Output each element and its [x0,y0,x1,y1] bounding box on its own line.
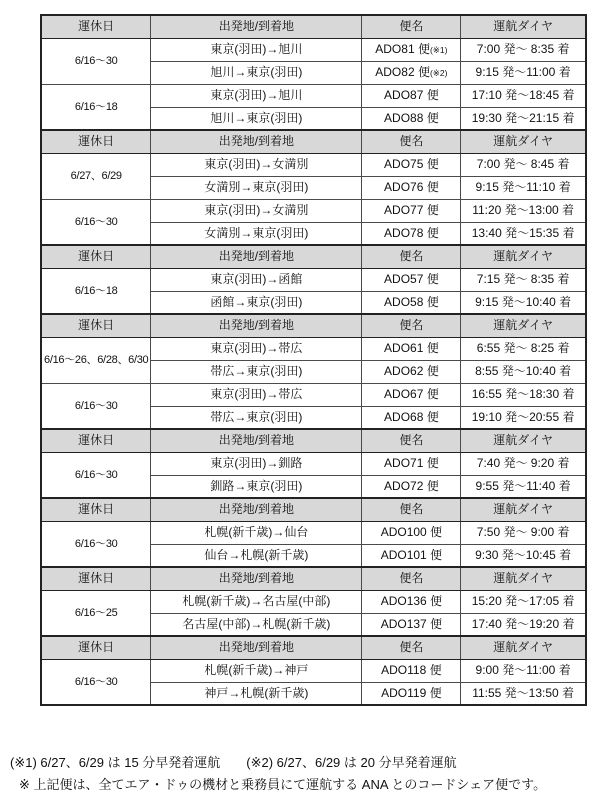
flight-number: ADO100 便 [381,525,442,539]
schedule-cell: 9:15 発～11:10 着 [461,176,586,199]
section-header-row: 運休日出発地/到着地便名運航ダイヤ [41,636,586,659]
schedule-cell: 19:30 発～21:15 着 [461,107,586,130]
route-cell: 東京(羽田)→女満別 [151,153,362,176]
schedule-cell: 9:55 発～11:40 着 [461,475,586,498]
column-header: 便名 [362,498,461,521]
schedule-cell: 19:10 発～20:55 着 [461,406,586,429]
flight-number: ADO72 便 [384,479,439,493]
schedule-cell: 6:55 発～ 8:25 着 [461,337,586,360]
flight-row: 6/16～30東京(羽田)→女満別ADO77 便11:20 発～13:00 着 [41,199,586,222]
schedule-cell: 9:00 発～11:00 着 [461,659,586,682]
schedule-cell: 15:20 発～17:05 着 [461,590,586,613]
column-header: 運休日 [41,429,151,452]
flight-number: ADO137 便 [381,617,442,631]
schedule-cell: 11:55 発～13:50 着 [461,682,586,705]
section-header-row: 運休日出発地/到着地便名運航ダイヤ [41,314,586,337]
route-cell: 東京(羽田)→旭川 [151,84,362,107]
column-header: 便名 [362,245,461,268]
flight-row: 6/16～25札幌(新千歳)→名古屋(中部)ADO136 便15:20 発～17… [41,590,586,613]
route-cell: 東京(羽田)→函館 [151,268,362,291]
route-cell: 女満別→東京(羽田) [151,222,362,245]
schedule-cell: 9:30 発～10:45 着 [461,544,586,567]
flight-number-cell: ADO71 便 [362,452,461,475]
flight-footnote-ref: (※2) [430,68,448,78]
column-header: 運休日 [41,636,151,659]
column-header: 便名 [362,636,461,659]
flight-row: 6/16～30東京(羽田)→旭川ADO81 便(※1)7:00 発～ 8:35 … [41,38,586,61]
suspension-dates-cell: 6/27、6/29 [41,153,151,199]
column-header: 運航ダイヤ [461,429,586,452]
route-cell: 帯広→東京(羽田) [151,360,362,383]
flight-number: ADO81 便 [375,42,430,56]
schedule-cell: 11:20 発～13:00 着 [461,199,586,222]
timetable: 運休日出発地/到着地便名運航ダイヤ6/16～30東京(羽田)→旭川ADO81 便… [40,14,587,706]
column-header: 運休日 [41,498,151,521]
flight-number-cell: ADO75 便 [362,153,461,176]
flight-row: 6/27、6/29東京(羽田)→女満別ADO75 便7:00 発～ 8:45 着 [41,153,586,176]
column-header: 便名 [362,567,461,590]
flight-number-cell: ADO137 便 [362,613,461,636]
flight-number-cell: ADO68 便 [362,406,461,429]
flight-number: ADO118 便 [381,663,441,677]
column-header: 出発地/到着地 [151,636,362,659]
suspension-dates-cell: 6/16～26、6/28、6/30 [41,337,151,383]
flight-row: 6/16～18東京(羽田)→函館ADO57 便7:15 発～ 8:35 着 [41,268,586,291]
route-cell: 神戸→札幌(新千歳) [151,682,362,705]
schedule-cell: 8:55 発～10:40 着 [461,360,586,383]
flight-row: 6/16～30札幌(新千歳)→仙台ADO100 便7:50 発～ 9:00 着 [41,521,586,544]
column-header: 出発地/到着地 [151,130,362,153]
flight-number-cell: ADO136 便 [362,590,461,613]
suspension-dates-cell: 6/16～30 [41,659,151,705]
footnote-codeshare: ※ 上記便は、全てエア・ドゥの機材と乗務員にて運航する ANA とのコードシェア… [10,774,546,796]
route-cell: 函館→東京(羽田) [151,291,362,314]
flight-number-cell: ADO101 便 [362,544,461,567]
suspension-dates-cell: 6/16～25 [41,590,151,636]
route-cell: 釧路→東京(羽田) [151,475,362,498]
column-header: 便名 [362,130,461,153]
flight-number-cell: ADO82 便(※2) [362,61,461,84]
flight-row: 6/16～30東京(羽田)→釧路ADO71 便7:40 発～ 9:20 着 [41,452,586,475]
column-header: 便名 [362,314,461,337]
flight-number-cell: ADO100 便 [362,521,461,544]
flight-number: ADO82 便 [375,65,430,79]
route-cell: 札幌(新千歳)→神戸 [151,659,362,682]
column-header: 運航ダイヤ [461,636,586,659]
page: 運休日出発地/到着地便名運航ダイヤ6/16～30東京(羽田)→旭川ADO81 便… [0,0,604,800]
section-header-row: 運休日出発地/到着地便名運航ダイヤ [41,567,586,590]
route-cell: 東京(羽田)→旭川 [151,38,362,61]
schedule-cell: 7:50 発～ 9:00 着 [461,521,586,544]
flight-number-cell: ADO58 便 [362,291,461,314]
footnote-early-departure: (※1) 6/27、6/29 は 15 分早発着運航 (※2) 6/27、6/2… [10,752,546,774]
flight-number: ADO61 便 [384,341,439,355]
flight-number-cell: ADO119 便 [362,682,461,705]
footnotes: (※1) 6/27、6/29 は 15 分早発着運航 (※2) 6/27、6/2… [10,752,546,796]
schedule-cell: 7:40 発～ 9:20 着 [461,452,586,475]
flight-number: ADO68 便 [384,410,439,424]
schedule-cell: 16:55 発～18:30 着 [461,383,586,406]
flight-number: ADO62 便 [384,364,439,378]
column-header: 運航ダイヤ [461,567,586,590]
flight-footnote-ref: (※1) [430,45,448,55]
flight-row: 6/16～18東京(羽田)→旭川ADO87 便17:10 発～18:45 着 [41,84,586,107]
route-cell: 札幌(新千歳)→仙台 [151,521,362,544]
suspension-dates-cell: 6/16～30 [41,383,151,429]
route-cell: 名古屋(中部)→札幌(新千歳) [151,613,362,636]
flight-number-cell: ADO87 便 [362,84,461,107]
flight-number: ADO57 便 [384,272,439,286]
section-header-row: 運休日出発地/到着地便名運航ダイヤ [41,429,586,452]
column-header: 運航ダイヤ [461,130,586,153]
suspension-dates-cell: 6/16～30 [41,521,151,567]
flight-number-cell: ADO67 便 [362,383,461,406]
route-cell: 旭川→東京(羽田) [151,61,362,84]
route-cell: 東京(羽田)→帯広 [151,383,362,406]
column-header: 出発地/到着地 [151,567,362,590]
flight-number-cell: ADO118 便 [362,659,461,682]
section-header-row: 運休日出発地/到着地便名運航ダイヤ [41,15,586,38]
flight-number: ADO87 便 [384,88,439,102]
column-header: 運休日 [41,15,151,38]
flight-number: ADO119 便 [381,686,441,700]
suspension-dates-cell: 6/16～18 [41,268,151,314]
route-cell: 帯広→東京(羽田) [151,406,362,429]
schedule-cell: 13:40 発～15:35 着 [461,222,586,245]
flight-number-cell: ADO72 便 [362,475,461,498]
flight-number-cell: ADO57 便 [362,268,461,291]
section-header-row: 運休日出発地/到着地便名運航ダイヤ [41,245,586,268]
section-header-row: 運休日出発地/到着地便名運航ダイヤ [41,498,586,521]
schedule-cell: 17:10 発～18:45 着 [461,84,586,107]
column-header: 運航ダイヤ [461,498,586,521]
schedule-cell: 9:15 発～10:40 着 [461,291,586,314]
flight-row: 6/16～26、6/28、6/30東京(羽田)→帯広ADO61 便6:55 発～… [41,337,586,360]
route-cell: 旭川→東京(羽田) [151,107,362,130]
flight-number: ADO88 便 [384,111,439,125]
flight-number: ADO75 便 [384,157,439,171]
column-header: 運航ダイヤ [461,314,586,337]
suspension-dates-cell: 6/16～18 [41,84,151,130]
column-header: 便名 [362,429,461,452]
flight-number: ADO76 便 [384,180,439,194]
column-header: 運休日 [41,314,151,337]
flight-number-cell: ADO77 便 [362,199,461,222]
flight-number-cell: ADO62 便 [362,360,461,383]
column-header: 出発地/到着地 [151,15,362,38]
suspension-dates-cell: 6/16～30 [41,452,151,498]
schedule-cell: 9:15 発～11:00 着 [461,61,586,84]
suspension-dates-cell: 6/16～30 [41,38,151,84]
timetable-body: 運休日出発地/到着地便名運航ダイヤ6/16～30東京(羽田)→旭川ADO81 便… [41,15,586,705]
column-header: 運航ダイヤ [461,245,586,268]
column-header: 運休日 [41,130,151,153]
column-header: 出発地/到着地 [151,245,362,268]
column-header: 運休日 [41,567,151,590]
flight-number: ADO136 便 [381,594,442,608]
flight-number: ADO67 便 [384,387,439,401]
column-header: 出発地/到着地 [151,429,362,452]
flight-number-cell: ADO88 便 [362,107,461,130]
column-header: 出発地/到着地 [151,314,362,337]
flight-row: 6/16～30札幌(新千歳)→神戸ADO118 便9:00 発～11:00 着 [41,659,586,682]
route-cell: 仙台→札幌(新千歳) [151,544,362,567]
route-cell: 東京(羽田)→帯広 [151,337,362,360]
flight-number: ADO77 便 [384,203,439,217]
flight-row: 6/16～30東京(羽田)→帯広ADO67 便16:55 発～18:30 着 [41,383,586,406]
schedule-cell: 17:40 発～19:20 着 [461,613,586,636]
schedule-cell: 7:15 発～ 8:35 着 [461,268,586,291]
flight-number-cell: ADO61 便 [362,337,461,360]
column-header: 運休日 [41,245,151,268]
column-header: 運航ダイヤ [461,15,586,38]
schedule-cell: 7:00 発～ 8:45 着 [461,153,586,176]
route-cell: 東京(羽田)→女満別 [151,199,362,222]
route-cell: 札幌(新千歳)→名古屋(中部) [151,590,362,613]
flight-number-cell: ADO76 便 [362,176,461,199]
flight-number: ADO58 便 [384,295,439,309]
section-header-row: 運休日出発地/到着地便名運航ダイヤ [41,130,586,153]
flight-number-cell: ADO81 便(※1) [362,38,461,61]
column-header: 便名 [362,15,461,38]
flight-number: ADO101 便 [381,548,442,562]
flight-number: ADO78 便 [384,226,439,240]
route-cell: 女満別→東京(羽田) [151,176,362,199]
schedule-cell: 7:00 発～ 8:35 着 [461,38,586,61]
flight-number: ADO71 便 [384,456,439,470]
suspension-dates-cell: 6/16～30 [41,199,151,245]
column-header: 出発地/到着地 [151,498,362,521]
route-cell: 東京(羽田)→釧路 [151,452,362,475]
flight-number-cell: ADO78 便 [362,222,461,245]
